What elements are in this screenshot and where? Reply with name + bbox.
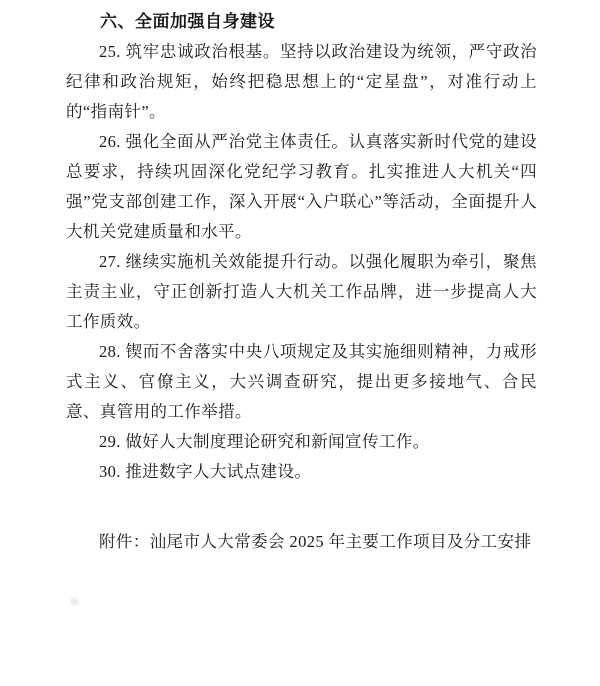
paragraph-item-25: 25. 筑牢忠诚政治根基。坚持以政治建设为统领，严守政治纪律和政治规矩，始终把稳… <box>66 37 537 127</box>
section-heading: 六、全面加强自身建设 <box>66 7 537 37</box>
paragraph-item-28: 28. 锲而不舍落实中央八项规定及其实施细则精神，力戒形式主义、官僚主义，大兴调… <box>66 337 537 427</box>
scan-artifact <box>70 598 79 605</box>
paragraph-item-26: 26. 强化全面从严治党主体责任。认真落实新时代党的建设总要求，持续巩固深化党纪… <box>66 127 537 247</box>
paragraph-item-29: 29. 做好人大制度理论研究和新闻宣传工作。 <box>66 427 537 457</box>
document-page: 六、全面加强自身建设 25. 筑牢忠诚政治根基。坚持以政治建设为统领，严守政治纪… <box>66 7 537 557</box>
paragraph-item-27: 27. 继续实施机关效能提升行动。以强化履职为牵引，聚焦主责主业，守正创新打造人… <box>66 247 537 337</box>
attachment-line: 附件：汕尾市人大常委会 2025 年主要工作项目及分工安排 <box>66 527 537 557</box>
paragraph-item-30: 30. 推进数字人大试点建设。 <box>66 457 537 487</box>
